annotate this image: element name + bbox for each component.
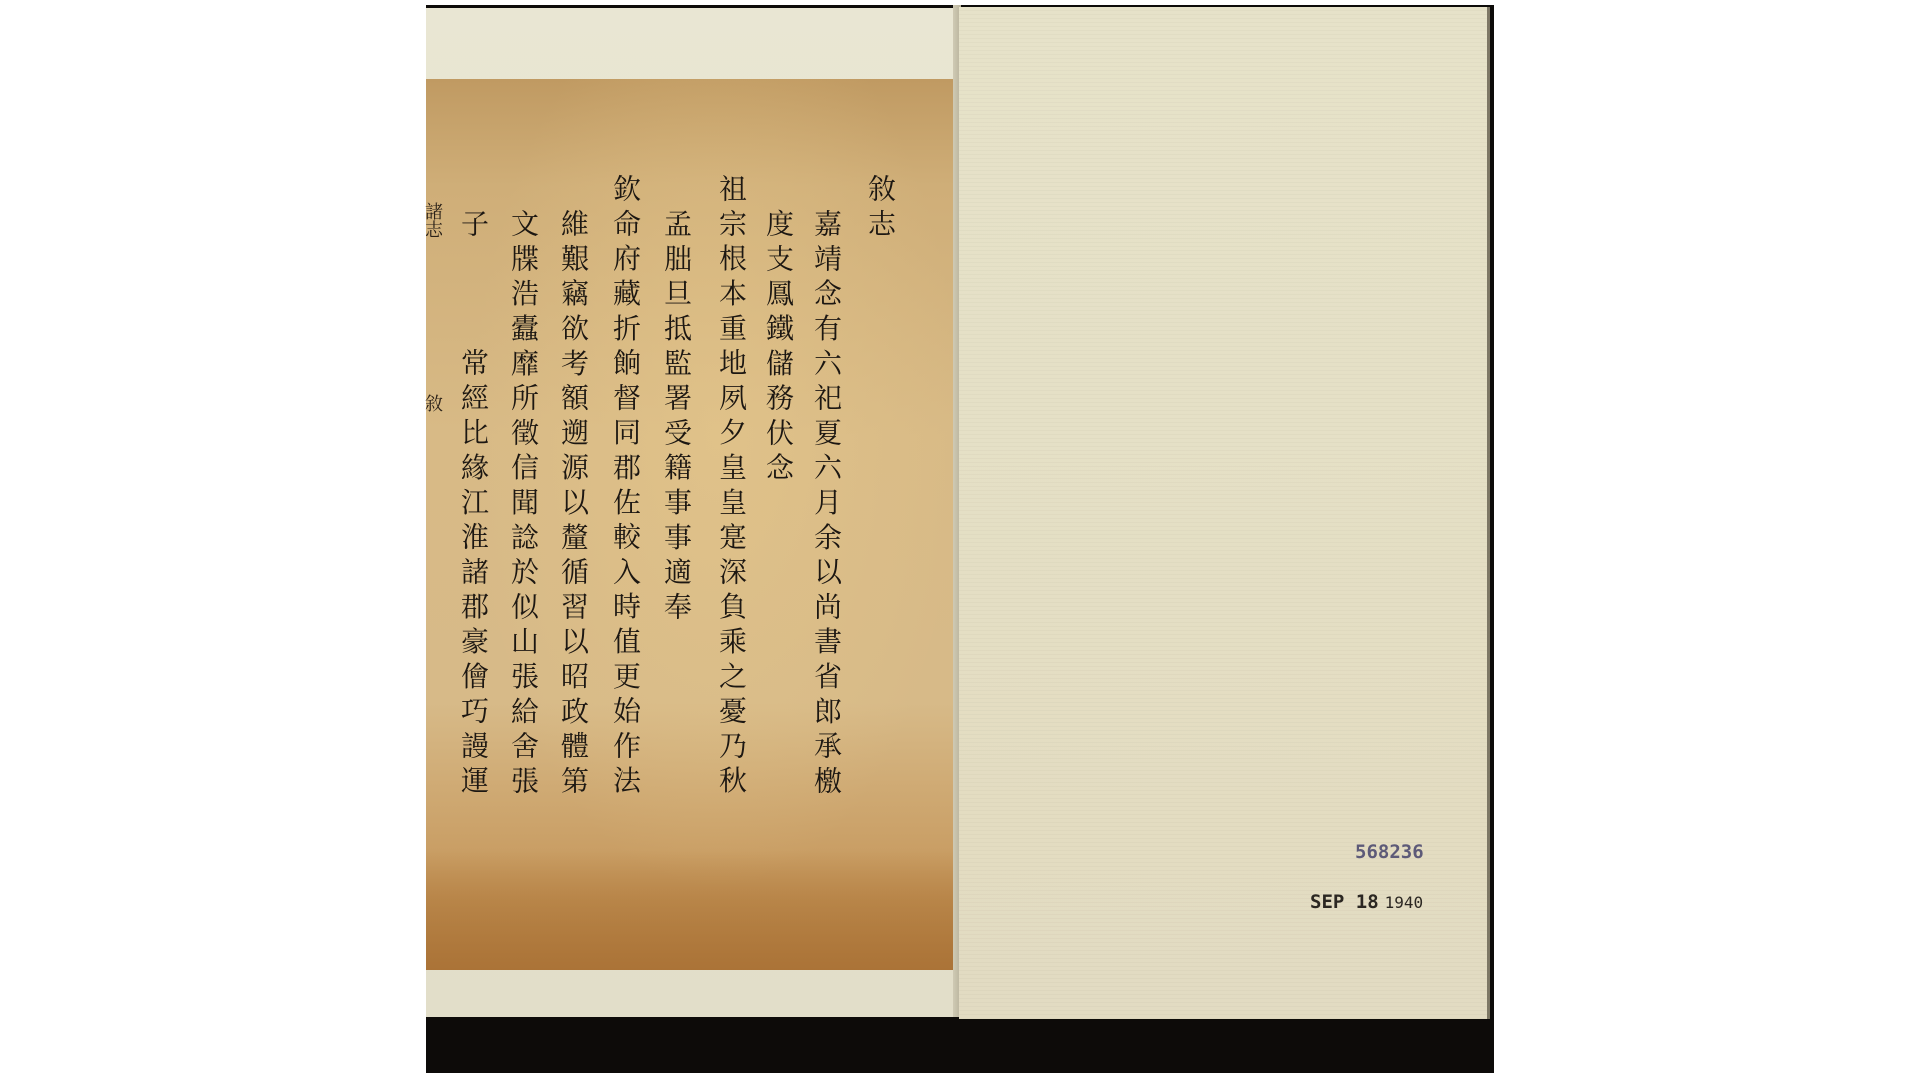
text-column-1: 敘志 <box>857 174 897 244</box>
date-stamp-month-day: SEP 18 <box>1310 891 1379 913</box>
text-column-10: 常經比緣江淮諸郡豪儈巧謾運 <box>450 348 490 800</box>
text-column-9: 子 <box>450 209 490 244</box>
text-column-2: 嘉靖念有六祀夏六月余以尚書省郎承檄 <box>803 209 843 801</box>
book-scan: 諸志 敘 敘志 嘉靖念有六祀夏六月余以尚書省郎承檄 度支鳳鐵儲務伏念 祖宗根本重… <box>426 5 1494 1073</box>
text-column-3: 度支鳳鐵儲務伏念 <box>755 209 795 487</box>
margin-note-mid: 敘 <box>422 394 442 412</box>
right-page-flyleaf <box>959 7 1490 1019</box>
accession-number-stamp: 568236 <box>1355 841 1424 863</box>
date-stamp-year: 1940 <box>1385 893 1424 912</box>
text-column-5: 孟朏旦抵監署受籍事事適奉 <box>653 209 693 627</box>
left-page-text: 諸志 敘 敘志 嘉靖念有六祀夏六月余以尚書省郎承檄 度支鳳鐵儲務伏念 祖宗根本重… <box>426 79 955 970</box>
text-column-6: 欽命府藏折餉督同郡佐較入時值更始作法 <box>602 174 642 800</box>
text-column-7: 維艱竊欲考額遡源以釐循習以昭政體第 <box>550 209 590 801</box>
date-received-stamp: SEP 181940 <box>1310 891 1423 913</box>
text-column-8: 文牒浩蠹靡所徵信聞諗於似山張給舍張 <box>500 209 540 801</box>
text-column-4: 祖宗根本重地夙夕皇皇寔深負乘之憂乃秋 <box>708 174 748 800</box>
water-stain <box>426 850 955 970</box>
margin-note-top: 諸志 <box>422 202 442 238</box>
